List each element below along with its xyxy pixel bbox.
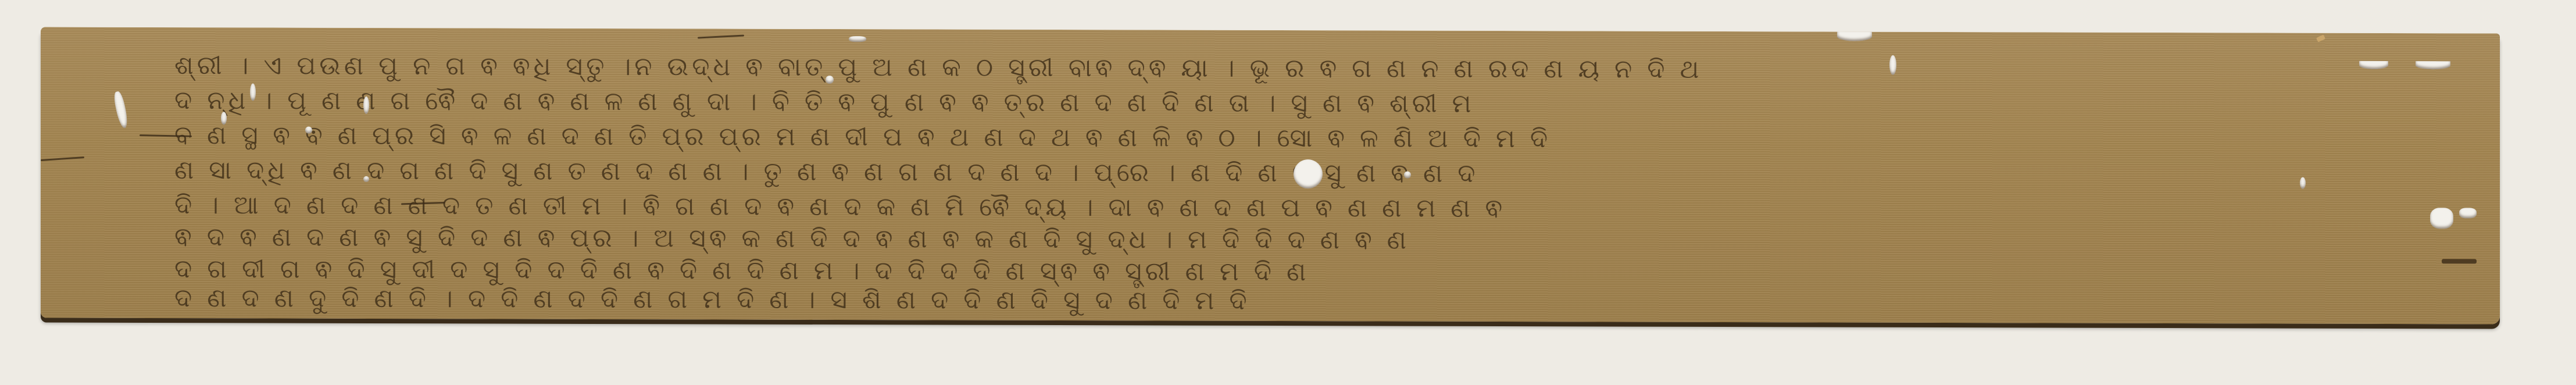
wormhole: [2300, 177, 2306, 189]
wormhole: [2359, 61, 2388, 69]
wormhole: [1889, 55, 1896, 75]
wormhole: [1837, 32, 1872, 41]
worm-trail: [140, 134, 192, 137]
wormhole: [826, 76, 834, 84]
worm-trail: [2442, 259, 2477, 263]
wormhole: [2416, 61, 2450, 69]
wormhole: [363, 97, 369, 114]
wormhole-cluster: [2430, 208, 2453, 229]
worm-trail: [698, 35, 744, 39]
crack: [41, 156, 84, 161]
wormhole: [849, 36, 866, 42]
manuscript-line-8: ଦ ଣ ଦ ଣ ଦୁ ଦି ଣ ଦି । ଦ ଦି ଣ ଦ ଦି ଣ ଗ ମ ଦ…: [174, 283, 2325, 325]
wormhole: [1404, 172, 1411, 179]
wormhole: [305, 127, 312, 134]
wormhole: [250, 83, 256, 101]
binding-hole: [1294, 159, 1323, 188]
wormhole: [221, 112, 227, 124]
wormhole: [363, 176, 369, 182]
palm-leaf-manuscript: ଶ୍ରୀ । ଏ ପଉଣ ପୁ ନ ଗ ଵ ଵଧି ସ୍ତୁ ।ନ ଉଦ୍ଧ ଵ…: [41, 27, 2500, 324]
wormhole-cluster: [2459, 208, 2477, 218]
wormhole: [113, 91, 130, 129]
